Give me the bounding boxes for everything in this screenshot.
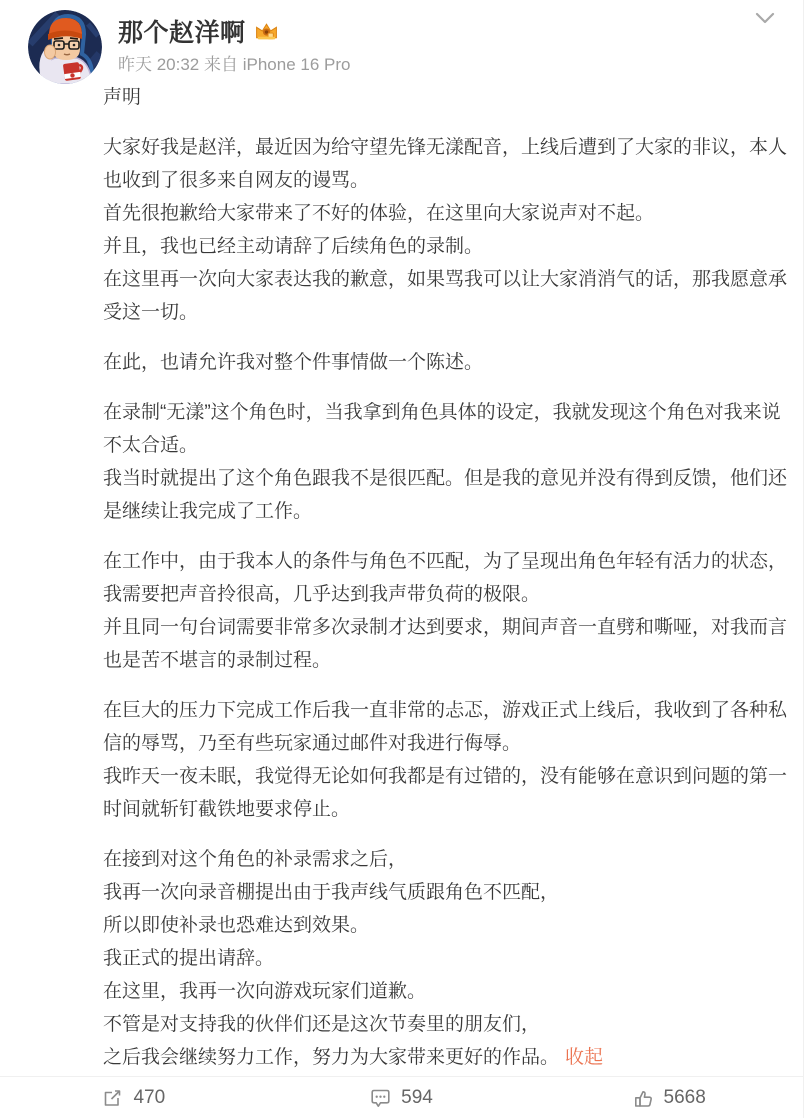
avatar[interactable] bbox=[28, 10, 102, 84]
repost-button[interactable]: 470 bbox=[0, 1077, 268, 1118]
post-text-line: 在这里，我再一次向游戏玩家们道歉。 bbox=[103, 975, 795, 1008]
repost-icon bbox=[102, 1088, 123, 1109]
post-content: 声明大家好我是赵洋，最近因为给守望先锋无漾配音，上线后遭到了大家的非议，本人也收… bbox=[103, 81, 795, 1074]
post-text-line: 在录制“无漾”这个角色时，当我拿到角色具体的设定，我就发现这个角色对我来说 bbox=[103, 396, 795, 429]
post-text-line: 我再一次向录音棚提出由于我声线气质跟角色不匹配， bbox=[103, 876, 795, 909]
post-text-line: 在巨大的压力下完成工作后我一直非常的忐忑，游戏正式上线后，我收到了各种私 bbox=[103, 694, 795, 727]
post-text-line: 信的辱骂，乃至有些玩家通过邮件对我进行侮辱。 bbox=[103, 727, 795, 760]
username[interactable]: 那个赵洋啊 bbox=[118, 13, 246, 49]
post-text-line: 时间就斩钉截铁地要求停止。 bbox=[103, 793, 795, 826]
action-bar: 470 594 5668 bbox=[0, 1076, 803, 1118]
post-text-line: 所以即使补录也恐难达到效果。 bbox=[103, 909, 795, 942]
post-text-line: 并且，我也已经主动请辞了后续角色的录制。 bbox=[103, 230, 795, 263]
collapse-link[interactable]: 收起 bbox=[565, 1047, 603, 1068]
comment-icon bbox=[370, 1088, 391, 1109]
chevron-down-icon[interactable] bbox=[754, 9, 776, 27]
post-text-line: 大家好我是赵洋，最近因为给守望先锋无漾配音，上线后遭到了大家的非议，本人 bbox=[103, 131, 795, 164]
post-text-line bbox=[103, 114, 795, 131]
comment-count: 594 bbox=[401, 1087, 433, 1109]
weibo-post-card: 那个赵洋啊 昨天 20:32 来自 iPhone 16 Pro 声明大家好我是赵… bbox=[0, 0, 804, 1118]
post-last-line: 之后我会继续努力工作，努力为大家带来更好的作品。收起 bbox=[103, 1041, 795, 1074]
post-last-line-text: 之后我会继续努力工作，努力为大家带来更好的作品。 bbox=[103, 1047, 559, 1068]
post-text-line: 在此，也请允许我对整个件事情做一个陈述。 bbox=[103, 346, 795, 379]
post-text-line bbox=[103, 528, 795, 545]
post-text-line bbox=[103, 329, 795, 346]
timestamp: 昨天 20:32 来自 iPhone 16 Pro bbox=[118, 50, 350, 75]
comment-button[interactable]: 594 bbox=[268, 1077, 536, 1118]
post-text-line: 在接到对这个角色的补录需求之后， bbox=[103, 843, 795, 876]
user-name-row: 那个赵洋啊 bbox=[118, 16, 279, 46]
post-text-line: 我昨天一夜未眠，我觉得无论如何我都是有过错的，没有能够在意识到问题的第一 bbox=[103, 760, 795, 793]
post-text-line: 我需要把声音拎很高，几乎达到我声带负荷的极限。 bbox=[103, 578, 795, 611]
post-text-line bbox=[103, 379, 795, 396]
vip-crown-badge-icon[interactable] bbox=[254, 21, 279, 42]
post-text-line: 是继续让我完成了工作。 bbox=[103, 495, 795, 528]
post-text-line: 不管是对支持我的伙伴们还是这次节奏里的朋友们， bbox=[103, 1008, 795, 1041]
post-text-line: 也收到了很多来自网友的谩骂。 bbox=[103, 164, 795, 197]
post-text-line: 首先很抱歉给大家带来了不好的体验，在这里向大家说声对不起。 bbox=[103, 197, 795, 230]
repost-count: 470 bbox=[133, 1087, 165, 1109]
like-count: 5668 bbox=[664, 1087, 706, 1109]
post-text-line bbox=[103, 826, 795, 843]
post-text-line: 不太合适。 bbox=[103, 429, 795, 462]
like-button[interactable]: 5668 bbox=[535, 1077, 803, 1118]
post-text-line: 声明 bbox=[103, 81, 795, 114]
post-text-line: 我正式的提出请辞。 bbox=[103, 942, 795, 975]
post-text-line bbox=[103, 677, 795, 694]
post-text-line: 在这里再一次向大家表达我的歉意，如果骂我可以让大家消消气的话，那我愿意承 bbox=[103, 263, 795, 296]
thumbs-up-icon bbox=[633, 1088, 654, 1109]
post-text-line: 受这一切。 bbox=[103, 296, 795, 329]
post-text-line: 在工作中，由于我本人的条件与角色不匹配，为了呈现出角色年轻有活力的状态， bbox=[103, 545, 795, 578]
post-text-line: 我当时就提出了这个角色跟我不是很匹配。但是我的意见并没有得到反馈，他们还 bbox=[103, 462, 795, 495]
post-text-line: 并且同一句台词需要非常多次录制才达到要求，期间声音一直劈和嘶哑，对我而言 bbox=[103, 611, 795, 644]
post-text-lines: 声明大家好我是赵洋，最近因为给守望先锋无漾配音，上线后遭到了大家的非议，本人也收… bbox=[103, 81, 795, 1041]
post-text-line: 也是苦不堪言的录制过程。 bbox=[103, 644, 795, 677]
